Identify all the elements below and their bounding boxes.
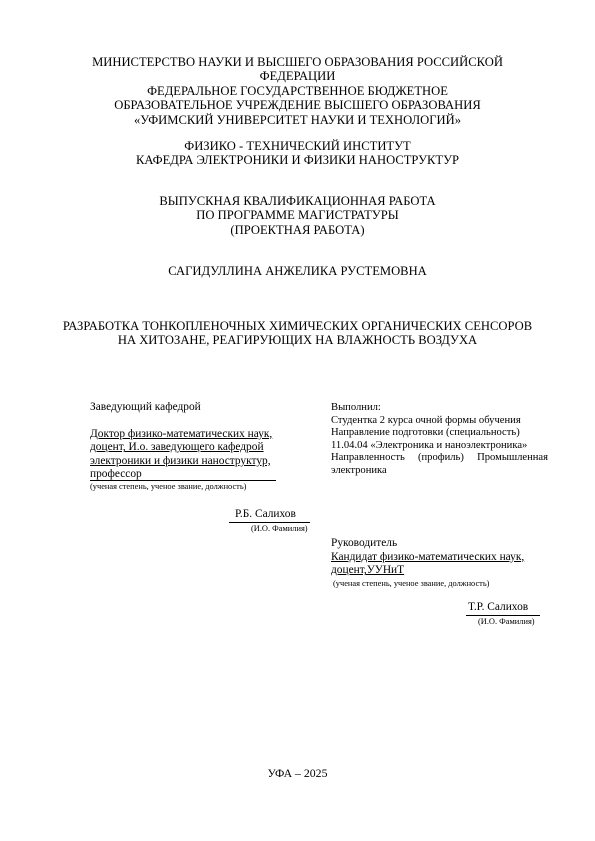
supervisor-block: Руководитель Кандидат физико-математичес… xyxy=(331,537,561,589)
supervisor-name-caption: (И.О. Фамилия) xyxy=(466,616,566,627)
institute-name: ФИЗИКО - ТЕХНИЧЕСКИЙ ИНСТИТУТ xyxy=(0,139,595,153)
work-type-line-2: ПО ПРОГРАММЕ МАГИСТРАТУРЫ xyxy=(0,208,595,222)
head-credentials-line-3: электроники и физики наноструктур, xyxy=(90,455,290,469)
institution-line-1: ФЕДЕРАЛЬНОЕ ГОСУДАРСТВЕННОЕ БЮДЖЕТНОЕ xyxy=(0,84,595,98)
head-name: Р.Б. Салихов xyxy=(229,508,310,523)
performer-line-3: 11.04.04 «Электроника и наноэлектроника» xyxy=(331,440,548,453)
author-name: САГИДУЛЛИНА АНЖЕЛИКА РУСТЕМОВНА xyxy=(0,264,595,278)
performer-line-5: электроника xyxy=(331,465,548,478)
work-type: ВЫПУСКНАЯ КВАЛИФИКАЦИОННАЯ РАБОТА ПО ПРО… xyxy=(0,194,595,237)
head-name-caption: (И.О. Фамилия) xyxy=(229,523,349,534)
performer-block: Выполнил: Студентка 2 курса очной формы … xyxy=(331,402,548,478)
performer-line-1: Студентка 2 курса очной формы обучения xyxy=(331,415,548,428)
head-credentials-caption: (ученая степень, ученое звание, должност… xyxy=(90,481,290,492)
supervisor-signature: Т.Р. Салихов (И.О. Фамилия) xyxy=(466,601,566,627)
supervisor-credentials-line-1: Кандидат физико-математических наук, xyxy=(331,551,561,565)
supervisor-credentials-line-2: доцент,УУНиТ xyxy=(331,564,561,578)
ministry-heading: МИНИСТЕРСТВО НАУКИ И ВЫСШЕГО ОБРАЗОВАНИЯ… xyxy=(0,55,595,127)
head-of-department-block: Заведующий кафедрой Доктор физико-матема… xyxy=(90,401,290,492)
ministry-line-2: ФЕДЕРАЦИИ xyxy=(0,69,595,83)
university-name: «УФИМСКИЙ УНИВЕРСИТЕТ НАУКИ И ТЕХНОЛОГИЙ… xyxy=(0,113,595,127)
performer-label: Выполнил: xyxy=(331,402,548,415)
head-credentials-line-4: профессор xyxy=(90,468,142,480)
head-of-department-label: Заведующий кафедрой xyxy=(90,401,290,415)
supervisor-credentials-caption: (ученая степень, ученое звание, должност… xyxy=(331,578,561,589)
performer-line-2: Направление подготовки (специальность) xyxy=(331,427,548,440)
supervisor-name: Т.Р. Салихов xyxy=(466,601,540,616)
head-credentials-line-2: доцент, И.о. заведующего кафедрой xyxy=(90,441,290,455)
head-signature: Р.Б. Салихов (И.О. Фамилия) xyxy=(229,508,349,534)
institute-heading: ФИЗИКО - ТЕХНИЧЕСКИЙ ИНСТИТУТ КАФЕДРА ЭЛ… xyxy=(0,139,595,168)
department-name: КАФЕДРА ЭЛЕКТРОНИКИ И ФИЗИКИ НАНОСТРУКТУ… xyxy=(0,153,595,167)
ministry-line-1: МИНИСТЕРСТВО НАУКИ И ВЫСШЕГО ОБРАЗОВАНИЯ… xyxy=(0,55,595,69)
head-credentials-line-1: Доктор физико-математических наук, xyxy=(90,428,290,442)
performer-line-4: Направленность (профиль) Промышленная xyxy=(331,452,548,465)
thesis-title: РАЗРАБОТКА ТОНКОПЛЕНОЧНЫХ ХИМИЧЕСКИХ ОРГ… xyxy=(0,319,595,348)
footer-city-year: УФА – 2025 xyxy=(0,766,595,780)
institution-line-2: ОБРАЗОВАТЕЛЬНОЕ УЧРЕЖДЕНИЕ ВЫСШЕГО ОБРАЗ… xyxy=(0,98,595,112)
supervisor-label: Руководитель xyxy=(331,537,561,551)
thesis-title-line-2: НА ХИТОЗАНЕ, РЕАГИРУЮЩИХ НА ВЛАЖНОСТЬ ВО… xyxy=(0,333,595,347)
work-type-line-1: ВЫПУСКНАЯ КВАЛИФИКАЦИОННАЯ РАБОТА xyxy=(0,194,595,208)
thesis-title-line-1: РАЗРАБОТКА ТОНКОПЛЕНОЧНЫХ ХИМИЧЕСКИХ ОРГ… xyxy=(0,319,595,333)
work-type-line-3: (ПРОЕКТНАЯ РАБОТА) xyxy=(0,223,595,237)
